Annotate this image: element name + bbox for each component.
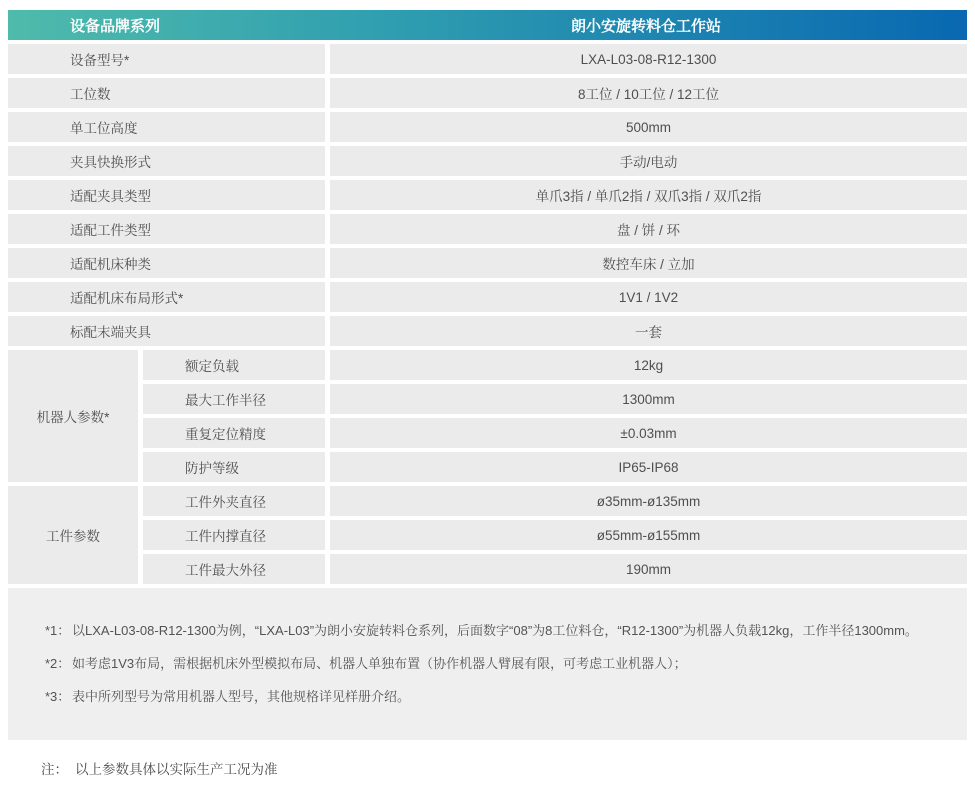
row-value: 190mm [330,554,967,584]
table-header: 设备品牌系列 朗小安旋转料仓工作站 [8,10,967,40]
row-label: 适配机床种类 [8,248,325,278]
table-row: 工位数8工位 / 10工位 / 12工位 [8,78,967,108]
footnote-text: 以LXA-L03-08-R12-1300为例，“LXA-L03”为朗小安旋转料仓… [72,616,947,645]
row-label: 适配工件类型 [8,214,325,244]
row-label: 夹具快换形式 [8,146,325,176]
footnote-item: *2：如考虑1V3布局，需根据机床外型模拟布局、机器人单独布置（协作机器人臂展有… [45,649,947,678]
row-value: 数控车床 / 立加 [330,248,967,278]
row-label: 最大工作半径 [143,384,325,414]
footnotes-panel: *1：以LXA-L03-08-R12-1300为例，“LXA-L03”为朗小安旋… [8,588,967,740]
row-label: 重复定位精度 [143,418,325,448]
table-row: 标配末端夹具一套 [8,316,967,346]
table-row: 适配工件类型盘 / 饼 / 环 [8,214,967,244]
row-value: 1300mm [330,384,967,414]
row-value: 500mm [330,112,967,142]
spec-table-body: 设备型号*LXA-L03-08-R12-1300工位数8工位 / 10工位 / … [8,44,967,584]
row-value: 1V1 / 1V2 [330,282,967,312]
group-sub-rows: 额定负载12kg最大工作半径1300mm重复定位精度±0.03mm防护等级IP6… [143,350,967,482]
row-label: 工位数 [8,78,325,108]
table-row: 重复定位精度±0.03mm [143,418,967,448]
header-series-label: 设备品牌系列 [8,15,325,36]
row-value: 12kg [330,350,967,380]
row-value: ø35mm-ø135mm [330,486,967,516]
table-row: 适配机床布局形式*1V1 / 1V2 [8,282,967,312]
row-value: IP65-IP68 [330,452,967,482]
table-row: 工件内撑直径ø55mm-ø155mm [143,520,967,550]
group-label: 工件参数 [8,486,138,584]
footnote-marker: *2： [45,649,72,678]
row-value: ø55mm-ø155mm [330,520,967,550]
row-label: 工件外夹直径 [143,486,325,516]
row-value: 手动/电动 [330,146,967,176]
row-label: 单工位高度 [8,112,325,142]
row-value: 单爪3指 / 单爪2指 / 双爪3指 / 双爪2指 [330,180,967,210]
row-label: 防护等级 [143,452,325,482]
footnote-item: *1：以LXA-L03-08-R12-1300为例，“LXA-L03”为朗小安旋… [45,616,947,645]
footnote-item: *3：表中所列型号为常用机器人型号，其他规格详见样册介绍。 [45,682,947,711]
group-label: 机器人参数* [8,350,138,482]
table-row: 工件最大外径190mm [143,554,967,584]
table-row: 防护等级IP65-IP68 [143,452,967,482]
row-value: 一套 [330,316,967,346]
footnote-text: 表中所列型号为常用机器人型号，其他规格详见样册介绍。 [72,682,947,711]
row-label: 适配夹具类型 [8,180,325,210]
row-label: 设备型号* [8,44,325,74]
row-value: ±0.03mm [330,418,967,448]
bottom-note: 注： 以上参数具体以实际生产工况为准 [41,758,967,778]
spec-sheet: 设备品牌系列 朗小安旋转料仓工作站 设备型号*LXA-L03-08-R12-13… [8,10,967,778]
row-label: 标配末端夹具 [8,316,325,346]
row-value: LXA-L03-08-R12-1300 [330,44,967,74]
footnotes-list: *1：以LXA-L03-08-R12-1300为例，“LXA-L03”为朗小安旋… [45,616,947,711]
table-row: 适配夹具类型单爪3指 / 单爪2指 / 双爪3指 / 双爪2指 [8,180,967,210]
table-group-row: 机器人参数*额定负载12kg最大工作半径1300mm重复定位精度±0.03mm防… [8,350,967,482]
table-group-row: 工件参数工件外夹直径ø35mm-ø135mm工件内撑直径ø55mm-ø155mm… [8,486,967,584]
table-row: 适配机床种类数控车床 / 立加 [8,248,967,278]
table-row: 设备型号*LXA-L03-08-R12-1300 [8,44,967,74]
row-label: 额定负载 [143,350,325,380]
row-value: 盘 / 饼 / 环 [330,214,967,244]
table-row: 夹具快换形式手动/电动 [8,146,967,176]
table-row: 单工位高度500mm [8,112,967,142]
row-label: 工件内撑直径 [143,520,325,550]
table-row: 工件外夹直径ø35mm-ø135mm [143,486,967,516]
row-label: 适配机床布局形式* [8,282,325,312]
footnote-text: 如考虑1V3布局，需根据机床外型模拟布局、机器人单独布置（协作机器人臂展有限，可… [72,649,947,678]
table-row: 最大工作半径1300mm [143,384,967,414]
bottom-note-marker: 注： [41,758,68,778]
footnote-marker: *3： [45,682,72,711]
row-label: 工件最大外径 [143,554,325,584]
group-sub-rows: 工件外夹直径ø35mm-ø135mm工件内撑直径ø55mm-ø155mm工件最大… [143,486,967,584]
header-product-title: 朗小安旋转料仓工作站 [325,15,967,36]
footnote-marker: *1： [45,616,72,645]
row-value: 8工位 / 10工位 / 12工位 [330,78,967,108]
table-row: 额定负载12kg [143,350,967,380]
bottom-note-text: 以上参数具体以实际生产工况为准 [75,758,278,778]
